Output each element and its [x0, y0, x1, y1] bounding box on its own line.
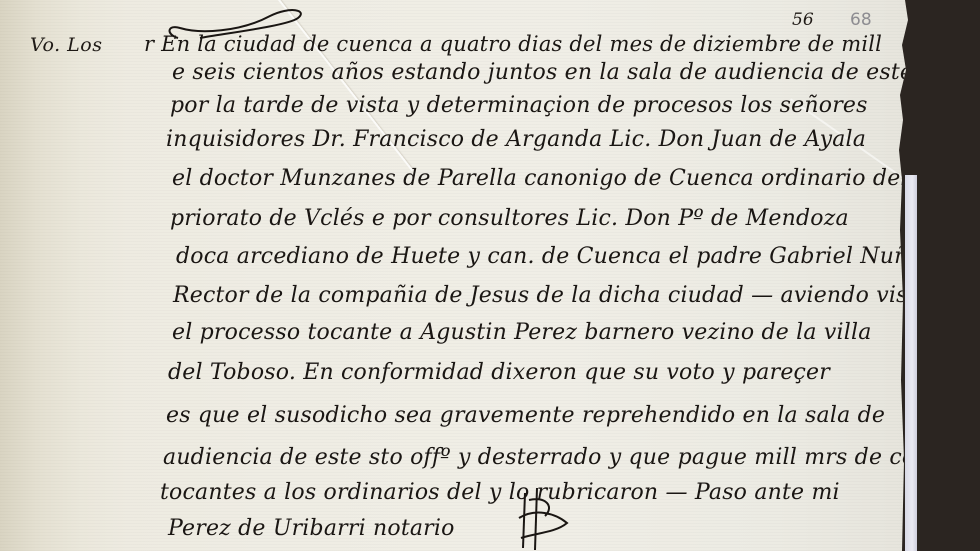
manuscript-line: el doctor Munzanes de Parella canonigo d…: [172, 166, 908, 191]
manuscript-line: es que el susodicho sea gravemente repre…: [166, 403, 885, 428]
manuscript-line: por la tarde de vista y determinaçion de…: [170, 93, 868, 118]
manuscript-line: del Toboso. En conformidad dixeron que s…: [168, 360, 830, 385]
manuscript-paper: Vo. Los 56 68 r En la ciudad de cuenca a…: [0, 0, 912, 551]
manuscript-line: inquisidores Dr. Francisco de Arganda Li…: [166, 127, 866, 152]
manuscript-line: tocantes a los ordinarios del y lo rubri…: [160, 480, 840, 505]
backing-sheet: [905, 175, 917, 551]
manuscript-line: audiencia de este sto offº y desterrado …: [163, 445, 961, 470]
manuscript-line: Perez de Uribarri notario: [168, 516, 455, 541]
manuscript-line: priorato de Vclés e por consultores Lic.…: [170, 206, 849, 231]
notary-signature-rubric-icon: [515, 488, 575, 551]
manuscript-line: Rector de la compañia de Jesus de la dic…: [173, 283, 930, 308]
manuscript-text: r En la ciudad de cuenca a quatro dias d…: [0, 0, 905, 551]
manuscript-line: e seis cientos años estando juntos en la…: [172, 60, 980, 85]
manuscript-photo: Vo. Los 56 68 r En la ciudad de cuenca a…: [0, 0, 980, 551]
manuscript-line: doca arcediano de Huete y can. de Cuenca…: [176, 244, 933, 269]
manuscript-line: r En la ciudad de cuenca a quatro dias d…: [144, 32, 882, 56]
manuscript-line: el processo tocante a Agustin Perez barn…: [172, 320, 872, 345]
